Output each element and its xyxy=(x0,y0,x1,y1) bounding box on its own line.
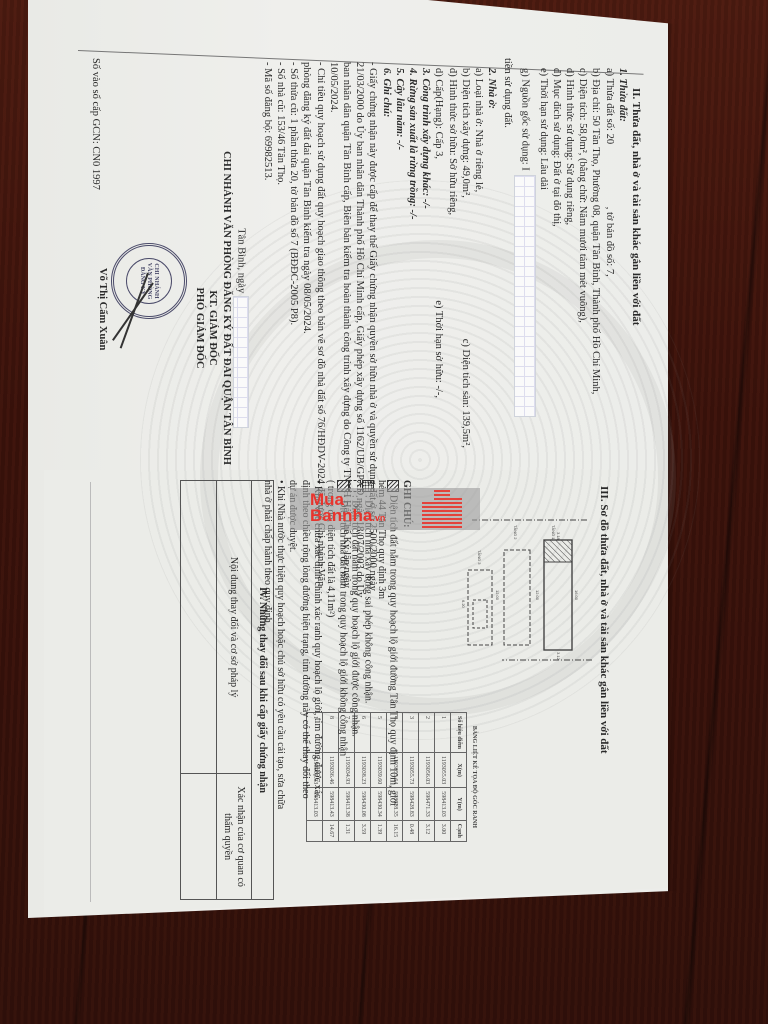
signature-block: Tân Bình, ngày CHI NHÁNH VĂN PHÒNG ĐĂNG … xyxy=(193,178,249,478)
land-area: c) Diện tích: 58,0m², (bằng chữ: Năm mươ… xyxy=(576,58,589,478)
house-title: 2. Nhà ở: xyxy=(485,58,498,478)
house-type: a) Loại nhà ở: Nhà ở riêng lẻ, xyxy=(472,58,485,478)
house-areas: b) Diện tích xây dựng: 49,0m², c) Diện t… xyxy=(459,58,472,478)
place-date-text: Tân Bình, ngày xyxy=(235,228,246,293)
place-date: Tân Bình, ngày xyxy=(233,178,249,478)
coord-cell: 0.48 xyxy=(403,820,419,841)
house-built-area: b) Diện tích xây dựng: 49,0m², xyxy=(459,68,472,198)
land-parcel: a) Thửa đất số: 20 , tờ bản đồ số: 7, xyxy=(602,58,615,478)
changes-table: IV. Những thay đổi sau khi cấp giấy chứn… xyxy=(180,480,274,900)
official-seal: CHI NHÁNHVĂN PHÒNGĐĂNG KÝ xyxy=(111,243,187,319)
land-address: b) Địa chỉ: 50 Tân Thọ, Phường 08, quận … xyxy=(589,58,602,478)
land-term: e) Thời hạn sử dụng: Lâu dài xyxy=(536,58,549,478)
section-3-heading: III. Sơ đồ thửa đất, nhà ở và tài sản kh… xyxy=(597,480,610,910)
house-grade-row: d) Cấp(Hạng): Cấp 3, e) Thời hạn sở hữu:… xyxy=(432,58,445,478)
coord-cell: 1 xyxy=(435,713,451,753)
page-fold-line xyxy=(90,482,91,902)
svg-text:TẦNG 2: TẦNG 2 xyxy=(513,525,518,540)
changes-approval-cell xyxy=(181,774,217,900)
coord-header: X(m) xyxy=(451,753,467,788)
signer-name: Võ Thị Cẩm Xuân xyxy=(95,268,108,350)
watermark-text: Mua Bannha.vn xyxy=(310,492,385,526)
land-origin-text: g) Nguồn gốc sử dụng: I xyxy=(520,68,531,171)
changes-approval-header: Xác nhận của cơ quan có thẩm quyền xyxy=(217,774,252,900)
svg-text:TẦNG 1: TẦNG 1 xyxy=(551,525,556,540)
section-2-land-house: II. Thửa đất, nhà ở và tài sản khác gắn … xyxy=(82,58,642,478)
coord-cell: 1.39 xyxy=(371,820,387,841)
dim-label: 6.20 xyxy=(461,600,466,609)
other-works: 3. Công trình xây dựng khác: -/- xyxy=(419,58,432,478)
redaction-box xyxy=(233,296,249,428)
svg-text:TẦNG 3: TẦNG 3 xyxy=(477,550,482,565)
land-purpose: đ) Mục đích sử dụng: Đất ở tại đô thị, xyxy=(550,58,563,478)
redaction-box xyxy=(514,175,536,417)
issuing-office: CHI NHÁNH VĂN PHÒNG ĐĂNG KÝ ĐẤT ĐAI QUẬN… xyxy=(219,138,232,478)
coord-header: Y(m) xyxy=(451,788,467,821)
legend-text: : Diện tích nhà đất nằm trong quy hoạch … xyxy=(337,495,348,756)
coord-cell: 1193055.03 xyxy=(435,753,451,788)
notes-title: 6. Ghi chú: xyxy=(379,58,392,478)
coord-cell: 3.12 xyxy=(419,820,435,841)
dim-label: 3.12 xyxy=(556,652,561,661)
coord-cell: 1.31 xyxy=(339,820,355,841)
coord-cell: 3.00 xyxy=(435,820,451,841)
production-forest: 4. Rừng sản xuất là rừng trồng: -/- xyxy=(406,58,419,478)
coord-cell: 16.15 xyxy=(387,820,403,841)
coord-header: Cạnh xyxy=(451,820,467,841)
seal-area: CHI NHÁNHVĂN PHÒNGĐĂNG KÝ Võ Thị Cẩm Xuâ… xyxy=(59,58,149,478)
house-floor-area: c) Diện tích sàn: 139,5m², xyxy=(459,339,472,448)
land-use-form: d) Hình thức sử dụng: Sử dụng riêng, xyxy=(563,58,576,478)
parcel-number: a) Thửa đất số: 20 xyxy=(604,68,615,144)
coord-cell: 14.67 xyxy=(323,820,339,841)
seal-center: CHI NHÁNHVĂN PHÒNGĐĂNG KÝ xyxy=(126,258,172,304)
land-title: 1. Thửa đất: xyxy=(616,58,629,478)
coord-header: Số hiệu điểm xyxy=(451,713,467,753)
coord-cell: 598413.03 xyxy=(435,788,451,821)
coordinate-table-title: BẢNG LIỆT KÊ TỌA ĐỘ GÓC RANH xyxy=(467,712,480,842)
coord-cell: 3.59 xyxy=(355,820,371,841)
map-sheet: , tờ bản đồ số: 7, xyxy=(604,147,615,277)
legend-text: : Diện tích đất nằm trong quy hoạch lộ g… xyxy=(350,495,361,737)
land-origin-cont: tiền sử dụng đất. xyxy=(501,58,514,478)
coord-cell: 2 xyxy=(419,713,435,753)
section-4-heading: IV. Những thay đổi sau khi cấp giấy chứn… xyxy=(252,481,274,900)
perennial-trees: 5. Cây lâu năm: -/- xyxy=(393,58,406,478)
for-director: KT. GIÁM ĐỐC xyxy=(206,178,219,478)
coord-cell: 598471.33 xyxy=(419,788,435,821)
changes-content-header: Nội dung thay đổi và cơ sở pháp lý xyxy=(217,481,252,774)
coord-row: 11193055.03598413.033.00 xyxy=(435,713,451,842)
building-logo-icon xyxy=(422,490,462,528)
coord-cell xyxy=(307,820,323,841)
section-3-4: III. Sơ đồ thửa đất, nhà ở và tài sản kh… xyxy=(150,480,610,910)
section-2-heading: II. Thửa đất, nhà ở và tài sản khác gắn … xyxy=(629,58,642,478)
house-ownership-term: e) Thời hạn sở hữu: -/-, xyxy=(432,300,445,448)
dim-label: 12.00 xyxy=(495,590,500,601)
registry-number: Số vào sổ cấp GCN: CN0 1997 xyxy=(89,58,102,190)
house-grade: d) Cấp(Hạng): Cấp 3, xyxy=(432,68,445,159)
coord-cell: 1193056.03 xyxy=(419,753,435,788)
land-origin: g) Nguồn gốc sử dụng: I xyxy=(514,58,536,478)
coord-row: 21193056.03598471.333.12 xyxy=(419,713,435,842)
dim-label: 12.00 xyxy=(535,590,540,601)
dim-label: 3.18 xyxy=(556,532,561,541)
watermark-suffix: .vn xyxy=(372,513,385,523)
watermark-line2: Bannha xyxy=(310,506,372,525)
changes-content-cell xyxy=(181,481,217,774)
house-ownership: đ) Hình thức sở hữu: Sở hữu riêng, xyxy=(445,58,458,478)
watermark-muabannha: Mua Bannha.vn xyxy=(290,488,480,530)
dim-label: 16.00 xyxy=(574,590,579,601)
signer-title: PHÓ GIÁM ĐỐC xyxy=(193,178,206,478)
